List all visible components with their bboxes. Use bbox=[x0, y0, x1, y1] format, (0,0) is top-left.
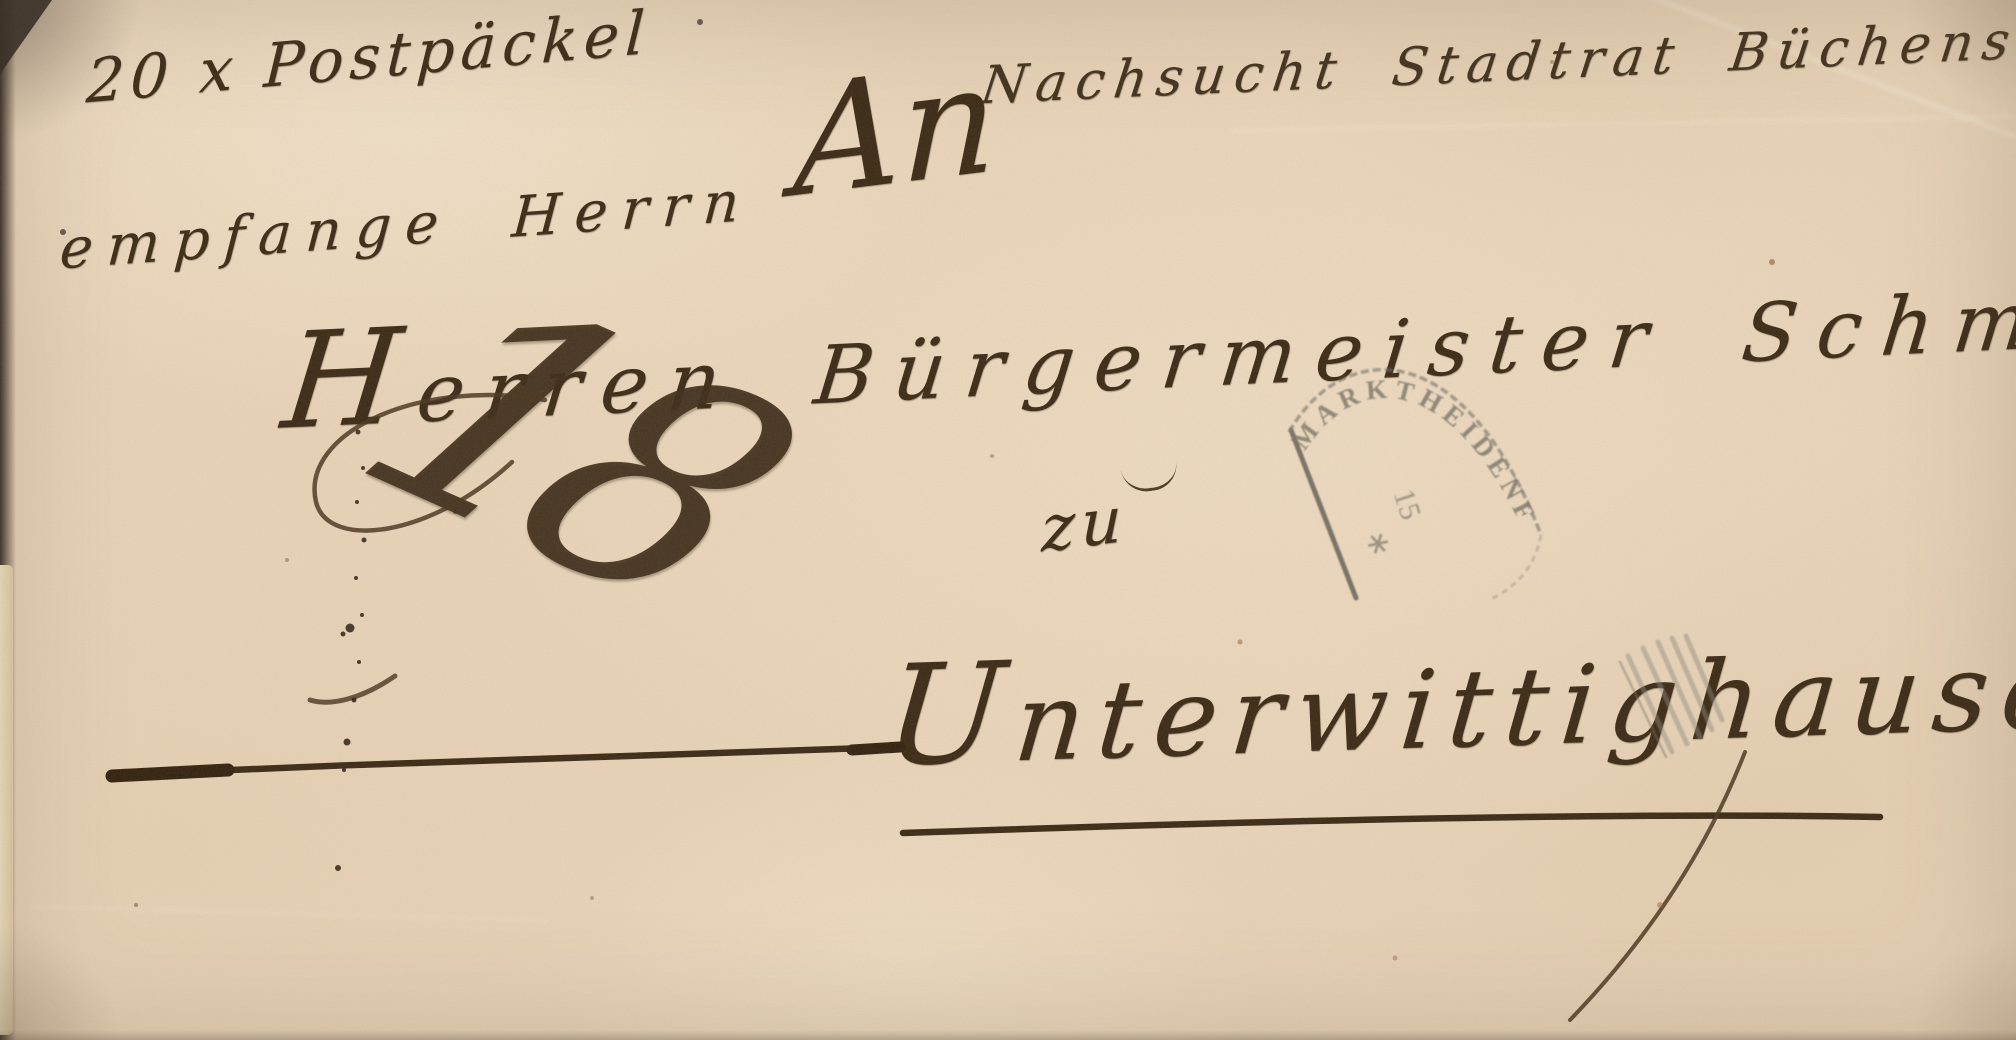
paper-grain-texture bbox=[0, 0, 2016, 1040]
ink-stroke-overlay: MARKTHEIDENFELD 15 ∗ bbox=[0, 0, 2016, 1040]
letter-cover-scan: 20 x Postpäckel empfange Herrn Nachsucht… bbox=[0, 0, 2016, 1040]
